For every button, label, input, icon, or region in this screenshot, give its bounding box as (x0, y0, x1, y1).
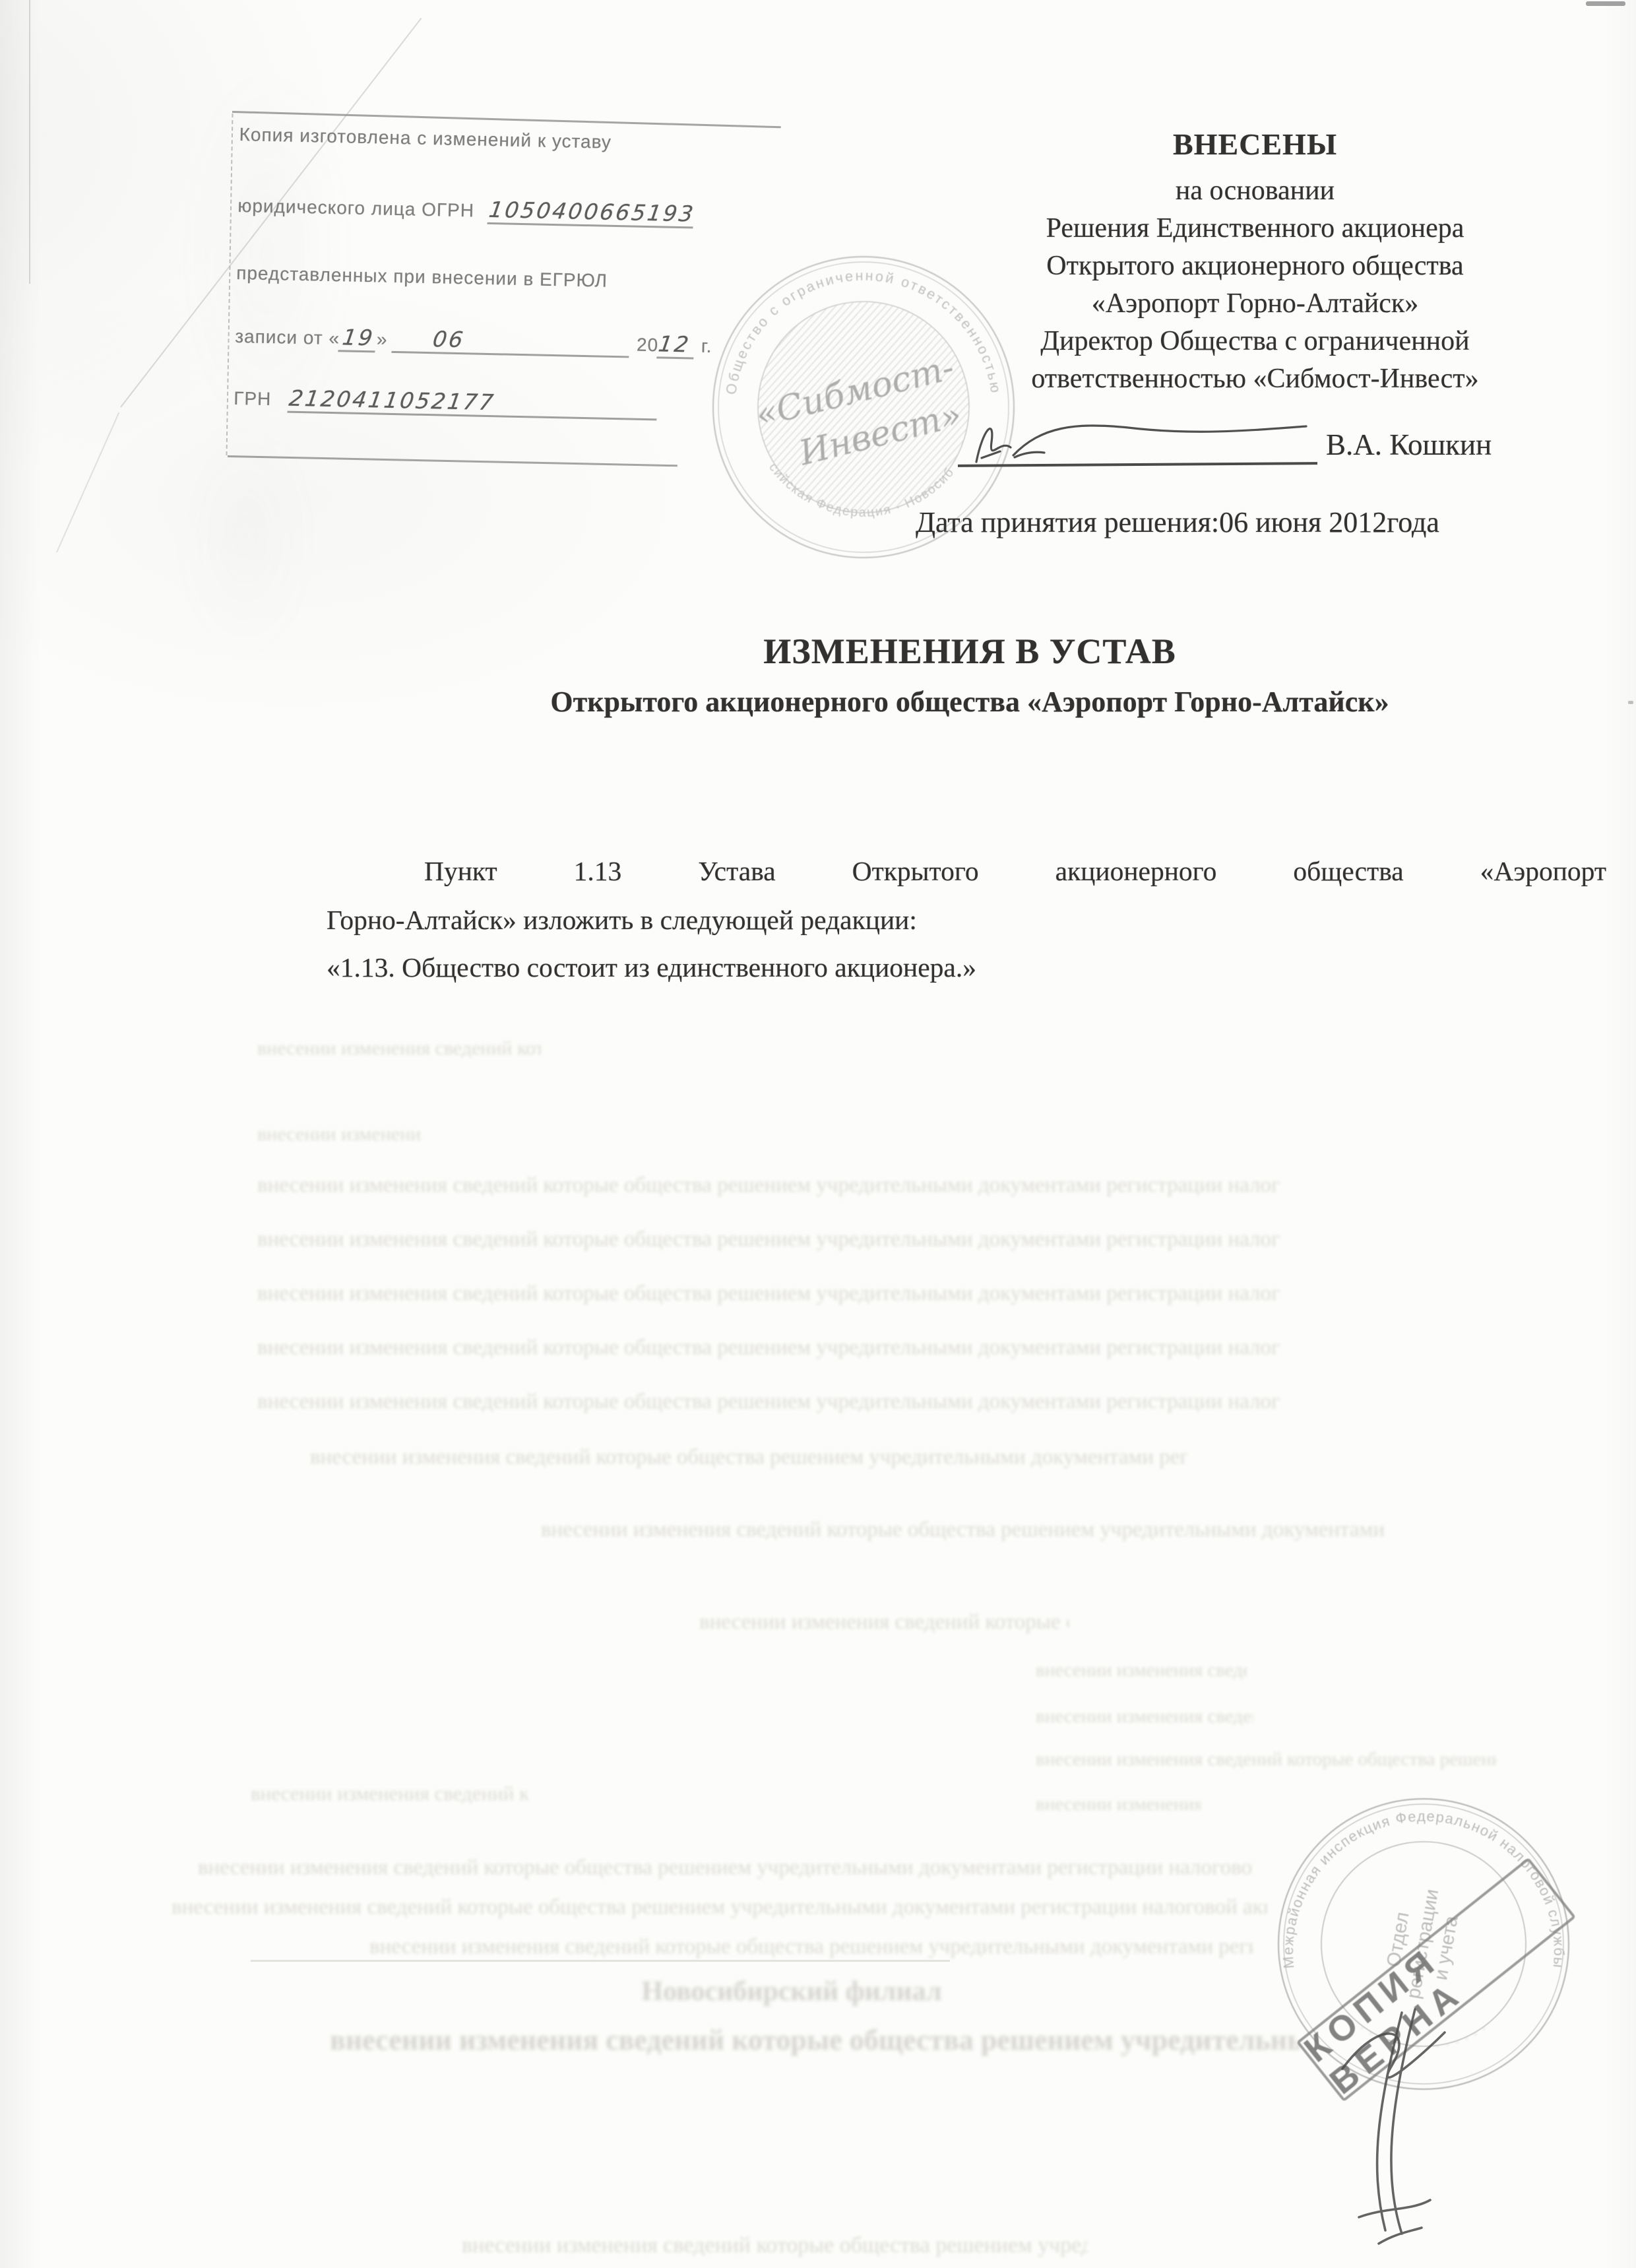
body-line: Пункт 1.13 Устава Открытого акционерного… (327, 855, 1606, 887)
bleed-through-line: внесении изменения сведений которые обще… (198, 1856, 1253, 1880)
month-handwritten: 06 (391, 325, 633, 358)
bleed-through-line: внесении изменения сведений которые обще… (257, 1037, 541, 1060)
decision-date-line: Дата принятия решения:06 июня 2012года (916, 505, 1439, 539)
quote-close: » (377, 329, 388, 349)
paper-crease (56, 412, 119, 553)
bleed-through-line: внесении изменения сведений которые обще… (541, 1518, 1385, 1542)
bleed-through-line: внесении изменения сведений которые обще… (251, 1782, 528, 1805)
registration-stamp-line: записи от «19» 06 2012 г. (235, 322, 697, 360)
signer-name: В.А. Кошкин (1326, 428, 1492, 462)
bleed-through-line: внесении изменения сведений которые обще… (1036, 1660, 1247, 1681)
approval-line: Директор Общества с ограниченной (877, 323, 1633, 360)
approval-line: Решения Единственного акционера (877, 210, 1633, 247)
bleed-through-rule (251, 1960, 950, 1962)
bleed-through-line: внесении изменения сведений которые обще… (257, 1123, 422, 1146)
year-printed: 20 (637, 335, 659, 356)
approval-block: ВНЕСЕНЫ на основании Решения Единственно… (877, 127, 1633, 398)
director-signature (935, 395, 1344, 487)
bleed-through-line: внесении изменения сведений которые обще… (257, 1227, 1280, 1252)
day-handwritten: 19 (338, 324, 379, 352)
document-title: ИЗМЕНЕНИЯ В УСТАВ (277, 631, 1636, 672)
bleed-through-line: внесении изменения сведений которые обще… (257, 1173, 1280, 1198)
registration-stamp-line: Копия изготовлена с изменений к уставу (239, 124, 701, 155)
ogrn-label: юридического лица ОГРН (237, 195, 474, 221)
document-subtitle: Открытого акционерного общества «Аэропор… (277, 685, 1636, 719)
registration-stamp-line: представленных при внесении в ЕГРЮЛ (236, 263, 699, 294)
body-line: Горно-Алтайск» изложить в следующей реда… (327, 904, 1606, 936)
approval-line: «Аэропорт Горно-Алтайск» (877, 285, 1633, 323)
bleed-through-line: внесении изменения сведений которые обще… (257, 1281, 1280, 1306)
bleed-through-line: внесении изменения сведений которые обще… (310, 1445, 1187, 1470)
bleed-through-line: внесении изменения сведений которые обще… (1036, 1794, 1201, 1815)
ogrn-handwritten-value: 1050400665193 (488, 197, 697, 228)
record-date-label: записи от « (235, 326, 340, 348)
scan-speck (1628, 701, 1633, 704)
bleed-through-line: внесении изменения сведений которые обще… (257, 1336, 1280, 1360)
bleed-through-line: внесении изменения сведений которые обще… (699, 1610, 1069, 1635)
year-handwritten: 12 (656, 331, 697, 359)
bleed-through-line: внесении изменения сведений которые обще… (1036, 1706, 1253, 1728)
bleed-through-line: внесении изменения сведений которые обще… (172, 1895, 1267, 1920)
registration-stamp-line: юридического лица ОГРН 1050400665193 (237, 191, 700, 229)
body-line: «1.13. Общество состоит из единственного… (327, 952, 1606, 983)
bleed-through-heading: Новосибирский филиал (574, 1976, 1009, 2007)
document-heading: ИЗМЕНЕНИЯ В УСТАВ Открытого акционерного… (277, 631, 1636, 719)
bleed-through-line: внесении изменения сведений которые обще… (369, 1935, 1253, 1959)
approval-line: ответственностью «Сибмост-Инвест» (877, 360, 1633, 398)
registration-stamp: Копия изготовлена с изменений к уставу ю… (234, 124, 701, 422)
scan-edge-line (29, 0, 30, 284)
bleed-through-line: внесении изменения сведений которые обще… (1036, 1749, 1497, 1770)
body-paragraph: Пункт 1.13 Устава Открытого акционерного… (327, 855, 1606, 999)
bleed-through-heading: внесении изменения сведений которые обще… (330, 2023, 1300, 2057)
approval-line: Открытого акционерного общества (877, 247, 1633, 285)
clerk-signature-scribble (1280, 1933, 1583, 2263)
bleed-through-line: внесении изменения сведений которые обще… (257, 1390, 1280, 1414)
approval-line: на основании (877, 172, 1633, 210)
scanned-document-page: внесении изменения сведений которые обще… (0, 0, 1636, 2268)
year-unit: г. (701, 336, 712, 356)
grn-label: ГРН (234, 388, 272, 409)
approval-heading: ВНЕСЕНЫ (877, 127, 1633, 162)
bleed-through-line: внесении изменения сведений которые обще… (462, 2233, 1088, 2258)
scan-speck (1586, 1, 1625, 6)
